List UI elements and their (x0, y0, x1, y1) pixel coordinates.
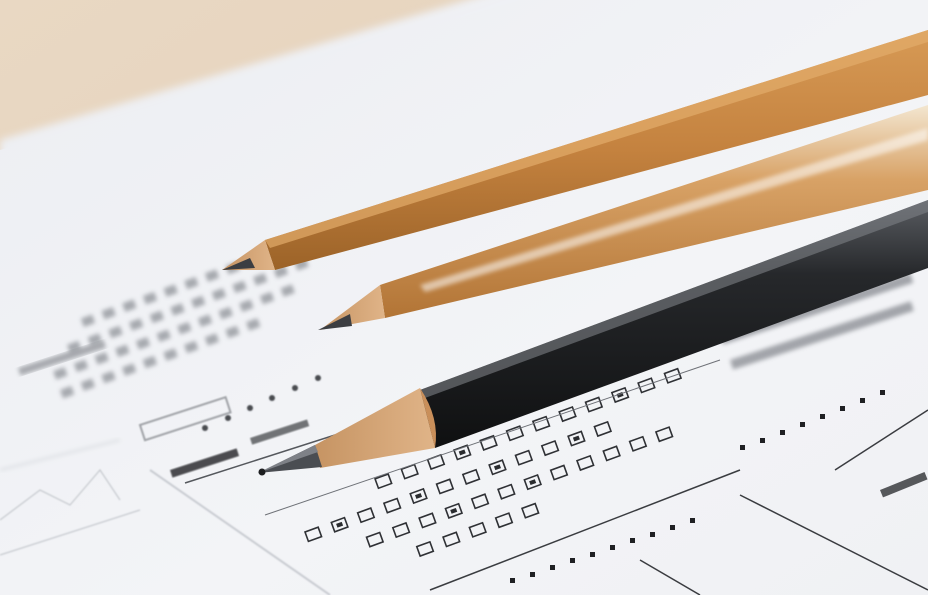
pencils-on-answer-sheet-image (0, 0, 928, 595)
photo-scene (0, 0, 928, 595)
